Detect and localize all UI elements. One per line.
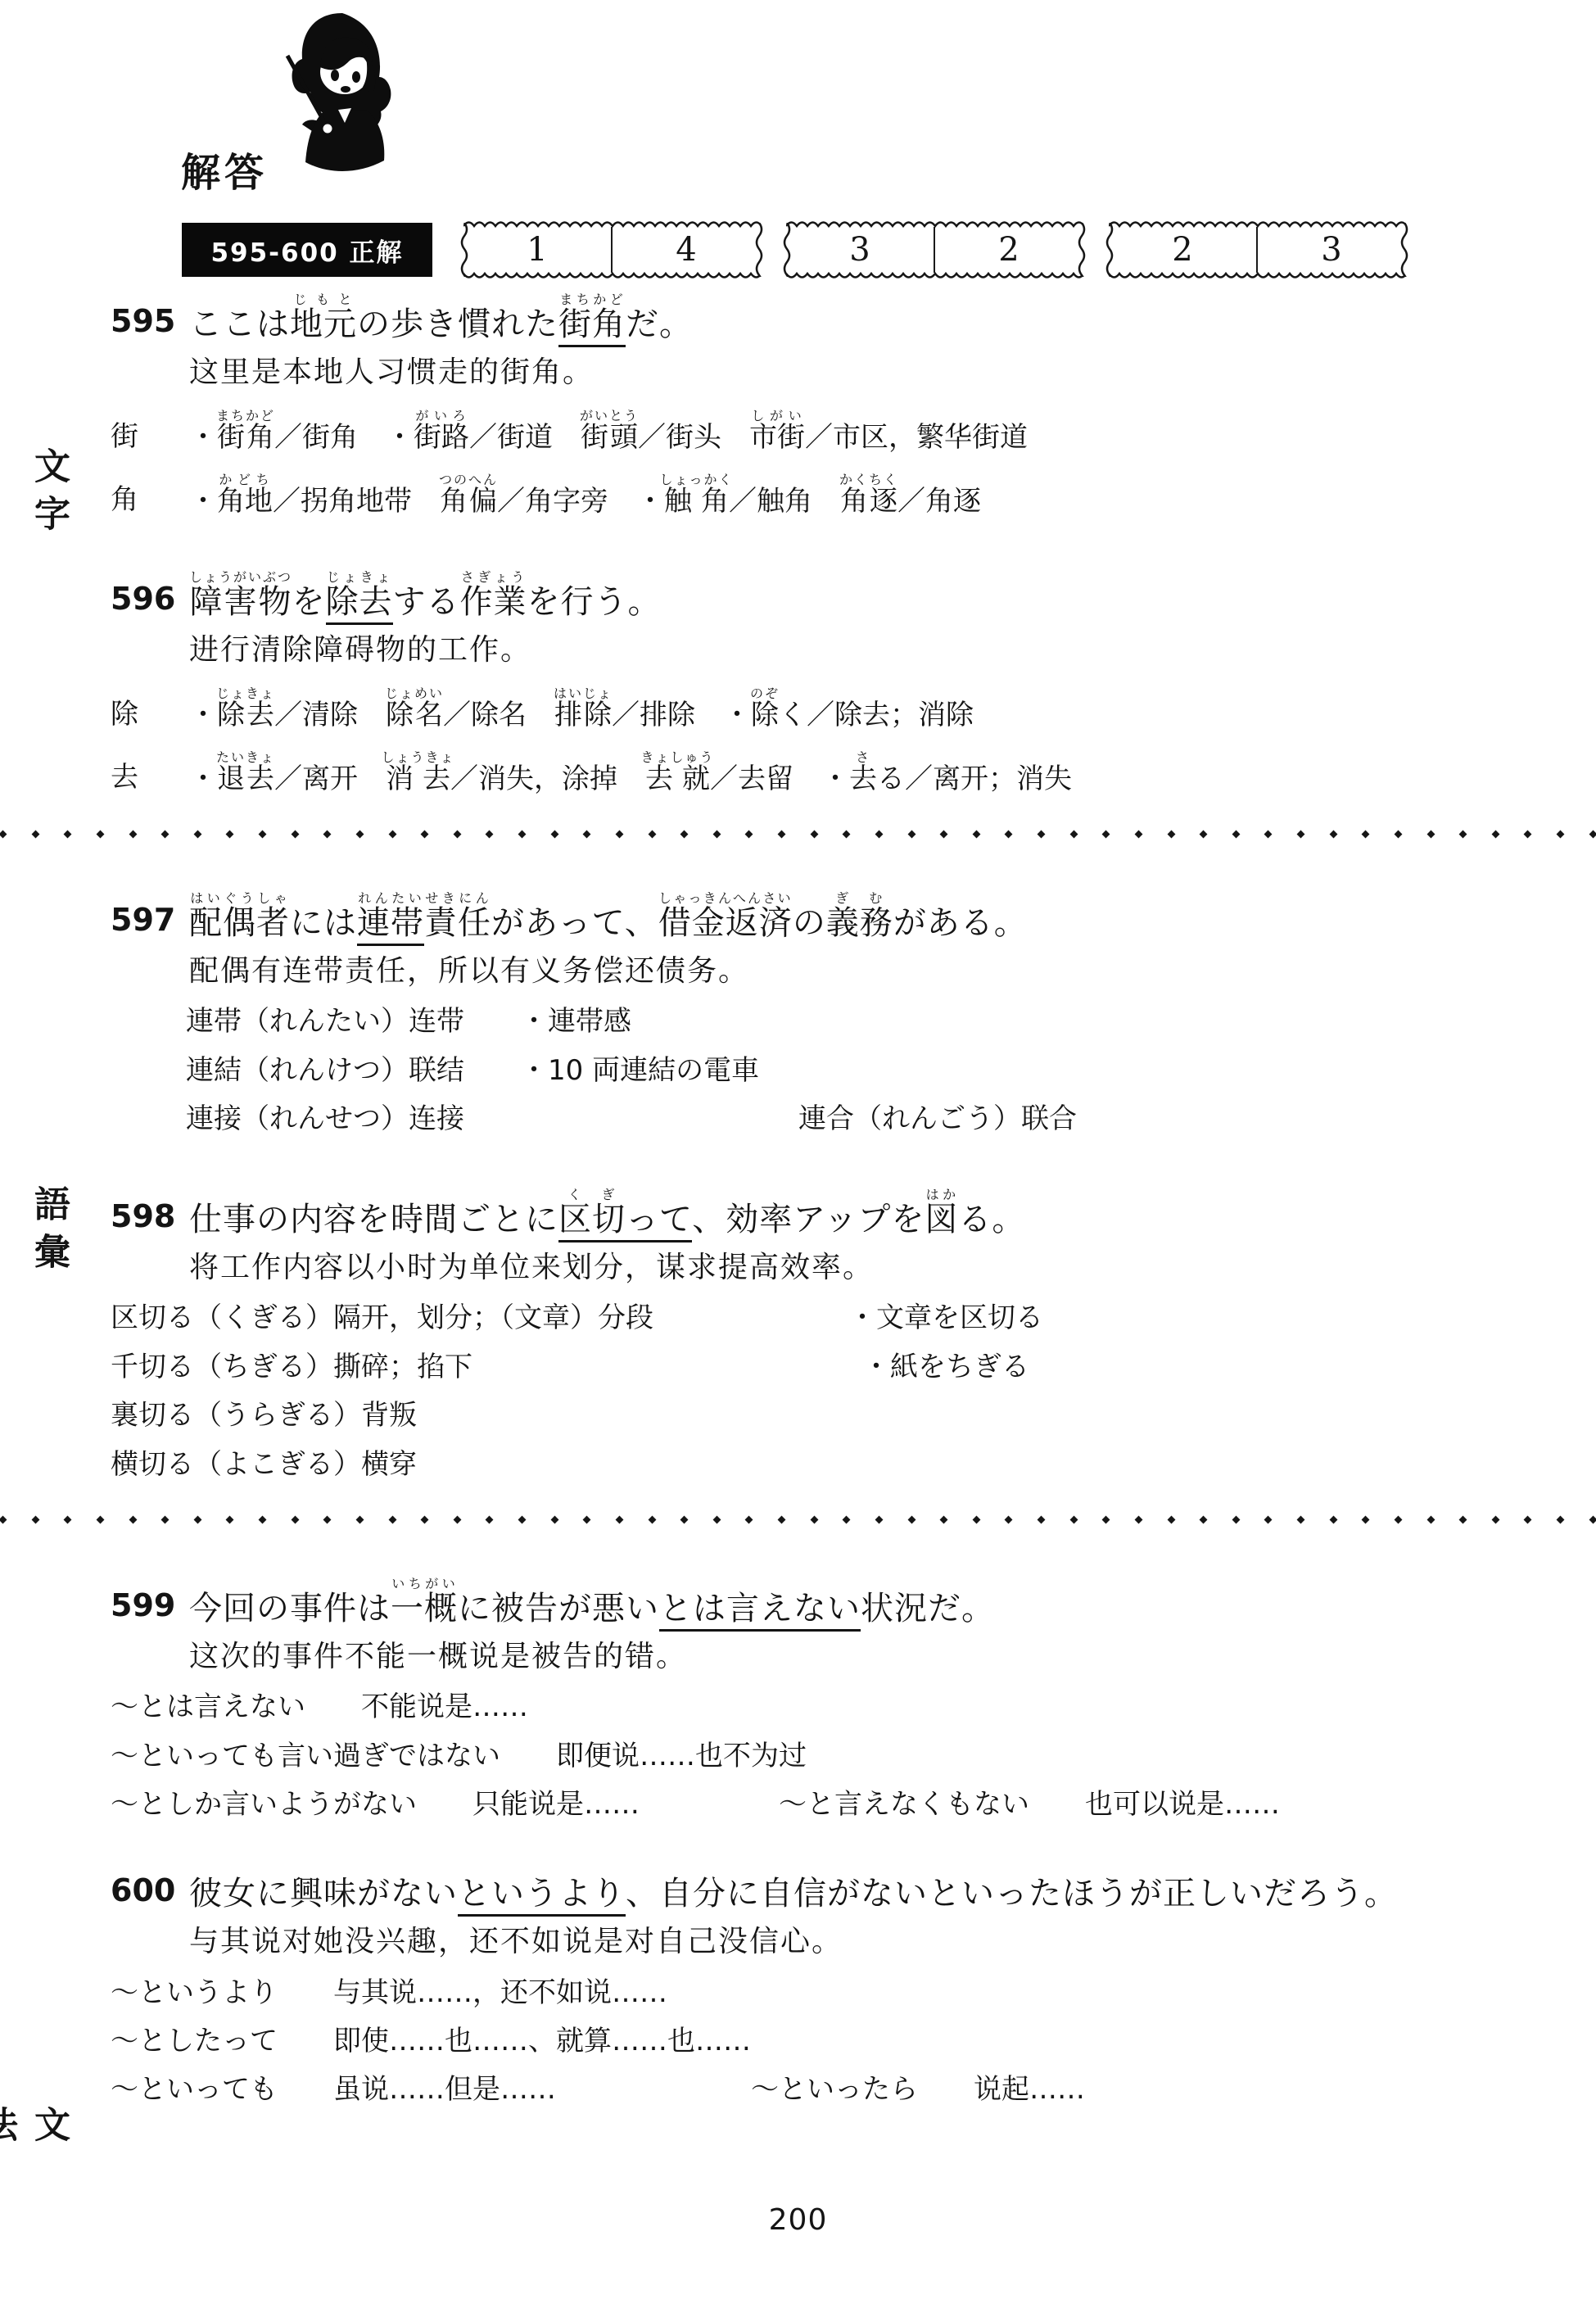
page-content: 解答 595-600 正解 143223 595ここは地元じもとの歩き慣れた街角… [0, 0, 1596, 2322]
divider-dot [323, 830, 332, 838]
divider-dot [1362, 1516, 1370, 1524]
divider-dot [1491, 830, 1499, 838]
question-number: 597 [111, 902, 189, 940]
section-596: 596障害物しょうがいぶつを除去じょきょする作業さぎょうを行う。进行清除障碍物的… [111, 569, 1547, 794]
text-run: 千切る（ちぎる）撕碎；掐下 ・紙をちぎる [111, 1351, 1029, 1383]
question-line: 597配偶者はいぐうしゃには連帯れんたい責任せきにんがあって、借金返済しゃっきん… [111, 890, 1547, 940]
teacher-girl-illustration [281, 8, 404, 180]
japanese-sentence: 今回の事件は一概いちがいに被告が悪いとは言えない状況だ。 [189, 1576, 995, 1626]
answer-value: 3 [786, 223, 934, 277]
page-header: 解答 [111, 0, 1547, 223]
text-run: する [393, 583, 460, 621]
divider-dot [1297, 830, 1305, 838]
question-number: 598 [111, 1198, 189, 1237]
section-group: 597配偶者はいぐうしゃには連帯れんたい責任せきにんがあって、借金返済しゃっきん… [111, 890, 1547, 1480]
ruby-word: 一概いちがい [391, 1590, 458, 1627]
divider-dot [1329, 1516, 1337, 1524]
answer-bar: 595-600 正解 143223 [182, 223, 1547, 277]
divider-dot [1038, 1516, 1046, 1524]
furigana: しゃっきんへんさい [658, 890, 793, 906]
sections-root: 595ここは地元じもとの歩き慣れた街角まちかどだ。这里是本地人习惯走的街角。街・… [111, 292, 1547, 2106]
answer-range-label: 595-600 正解 [182, 223, 432, 277]
text-run: 区切る（くぎる）隔开，划分；（文章）分段 ・文章を区切る [111, 1301, 1043, 1334]
divider-dot [64, 1516, 72, 1524]
question-number: 595 [111, 303, 189, 342]
divider-dot [355, 830, 364, 838]
vocab-row: 除・除去じょきょ／清除 除名じょめい／除名 排除はいじょ／排除 ・除のぞく／除去… [111, 686, 1547, 731]
vocab-text: 裏切る（うらぎる）背叛 [111, 1401, 417, 1431]
divider-dot [907, 830, 916, 838]
ruby-word: 去さ [849, 763, 877, 795]
furigana: がいとう [580, 408, 639, 423]
section-600: 600彼女に興味がないというより、自分に自信がないといったほうが正しいだろう。与… [111, 1872, 1547, 2105]
chinese-translation: 配偶有连带责任，所以有义务偿还债务。 [189, 953, 1547, 989]
text-run: ／街角 ・ [274, 421, 414, 454]
furigana: はいじょ [554, 686, 613, 701]
divider-dot [193, 1516, 201, 1524]
text-run: 〜とは言えない 不能说是…… [111, 1691, 528, 1723]
vocab-row: 街・街角まちかど／街角 ・街路がいろ／街道 街頭がいとう／街头 市街しがい／市区… [111, 408, 1547, 453]
text-run: 状況だ。 [861, 1590, 995, 1627]
vocab-head-kanji: 除 [111, 691, 189, 731]
ruby-word: 街頭がいとう [581, 421, 638, 454]
ruby-word: 退去たいきょ [217, 763, 274, 795]
vocab-rows: 街・街角まちかど／街角 ・街路がいろ／街道 街頭がいとう／街头 市街しがい／市区… [111, 408, 1547, 517]
vocab-head-kanji: 街 [111, 414, 189, 454]
vocab-text: ・街角まちかど／街角 ・街路がいろ／街道 街頭がいとう／街头 市街しがい／市区，… [189, 408, 1028, 453]
answer-box: 23 [1109, 223, 1405, 277]
text-run: ／排除 ・ [612, 699, 751, 731]
divider-dot [1005, 1516, 1013, 1524]
divider-dot [712, 1516, 721, 1524]
ruby-word: 除のぞ [751, 699, 779, 731]
text-run: がある。 [893, 904, 1028, 942]
vocab-row: 連接（れんせつ）连接 連合（れんごう）联合 [186, 1104, 1547, 1134]
divider-dot [421, 830, 429, 838]
text-run: を [292, 583, 326, 621]
vocab-row: 〜といっても 虽说……但是…… 〜といったら 说起…… [111, 2075, 1547, 2105]
answer-value: 3 [1258, 223, 1405, 277]
vocab-text: 〜としか言いようがない 只能说是…… 〜と言えなくもない 也可以说是…… [111, 1790, 1280, 1820]
text-run: る。 [958, 1201, 1025, 1238]
japanese-sentence: 仕事の内容を時間ごとに区切くぎって、効率アップを図はかる。 [189, 1187, 1025, 1237]
text-run: 裏切る（うらぎる）背叛 [111, 1399, 417, 1432]
text-run: ／角字旁 ・ [497, 485, 664, 518]
divider-dot [1459, 1516, 1467, 1524]
text-run: ・ [189, 485, 217, 518]
divider-dot [96, 830, 104, 838]
text-run: ・ [189, 421, 217, 454]
vocab-row: 〜としたって 即使……也……、就算……也…… [111, 2026, 1547, 2057]
text-run: ／角逐 [897, 485, 981, 518]
divider-dot [0, 830, 7, 838]
divider-dot [421, 1516, 429, 1524]
answer-value: 2 [935, 223, 1083, 277]
furigana: つのへん [439, 472, 498, 487]
divider-dot [1329, 830, 1337, 838]
chinese-translation: 将工作内容以小时为单位来划分，谋求提高效率。 [189, 1250, 1547, 1285]
ruby-word: 作業さぎょう [460, 583, 527, 621]
divider-dot [486, 830, 494, 838]
furigana: ぎむ [826, 890, 893, 906]
ruby-word: 街路がいろ [414, 421, 469, 454]
text-run: 今回の事件は [189, 1590, 391, 1627]
furigana: まちかど [216, 408, 275, 423]
divider-dot [1394, 1516, 1402, 1524]
side-tab-label: 文字 [25, 447, 75, 542]
question-line: 599今回の事件は一概いちがいに被告が悪いとは言えない状況だ。 [111, 1576, 1547, 1626]
vocab-row: 〜というより 与其说……，还不如说…… [111, 1978, 1547, 2008]
divider-dot [843, 830, 851, 838]
divider-dot [1167, 1516, 1175, 1524]
divider-dot [518, 1516, 527, 1524]
divider-dot [1232, 830, 1240, 838]
furigana: れんたい [357, 890, 424, 906]
divider-dot [1459, 830, 1467, 838]
question-line: 595ここは地元じもとの歩き慣れた街角まちかどだ。 [111, 292, 1547, 342]
divider-dot [1134, 830, 1142, 838]
text-run: 、自分に自信がないといったほうが正しいだろう。 [626, 1875, 1398, 1912]
furigana: さぎょう [460, 569, 527, 585]
furigana: のぞ [750, 686, 780, 701]
chinese-translation: 这次的事件不能一概说是被告的错。 [189, 1639, 1547, 1674]
answer-boxes: 143223 [432, 223, 1405, 277]
text-run: だ。 [626, 306, 693, 343]
vocab-rows: 区切る（くぎる）隔开，划分；（文章）分段 ・文章を区切る千切る（ちぎる）撕碎；掐… [111, 1303, 1547, 1480]
japanese-sentence: 彼女に興味がないというより、自分に自信がないといったほうが正しいだろう。 [189, 1876, 1398, 1911]
text-run: く／除去；消除 [779, 699, 974, 731]
divider-dot [1069, 1516, 1078, 1524]
divider-dot [31, 1516, 39, 1524]
text-run: 連帯（れんたい）连带 ・連帯感 [186, 1005, 631, 1038]
divider-dot [972, 1516, 980, 1524]
vocab-rows: 〜とは言えない 不能说是……〜といっても言い過ぎではない 即便说……也不为过〜と… [111, 1692, 1547, 1820]
text-run: 彼女に興味がない [189, 1875, 458, 1912]
vocab-row: 〜といっても言い過ぎではない 即便说……也不为过 [111, 1741, 1547, 1772]
text-run: ／街道 [469, 421, 581, 454]
text-run: ／触角 [729, 485, 840, 518]
text-run: ／拐角地带 [273, 485, 440, 518]
divider-dot [388, 830, 396, 838]
divider-dot [875, 830, 883, 838]
divider-dot [907, 1516, 916, 1524]
vocab-row: 連結（れんけつ）联结 ・10 両連結の電車 [186, 1056, 1547, 1086]
ruby-word: 角逐かくちく [840, 485, 897, 518]
divider-dot [1426, 830, 1435, 838]
text-run: に被告が悪い [458, 1590, 659, 1627]
divider-dot [745, 830, 753, 838]
divider-dot [1167, 830, 1175, 838]
divider-dot [1524, 830, 1532, 838]
divider-dot [486, 1516, 494, 1524]
divider-dot [1589, 830, 1596, 838]
divider-dot [161, 830, 170, 838]
section-598: 598仕事の内容を時間ごとに区切くぎって、効率アップを図はかる。将工作内容以小时… [111, 1187, 1547, 1480]
divider-dot [550, 830, 558, 838]
vocab-text: 〜とは言えない 不能说是…… [111, 1692, 528, 1722]
vocab-text: 〜としたって 即使……也……、就算……也…… [111, 2026, 751, 2057]
divider-dot [518, 830, 527, 838]
divider-dot [972, 830, 980, 838]
furigana: はか [925, 1187, 958, 1202]
divider-dot [940, 830, 948, 838]
ruby-word: 借金返済しゃっきんへんさい [658, 904, 793, 942]
ruby-word: 街角まちかど [558, 306, 626, 347]
ruby-word: 排除はいじょ [554, 699, 612, 731]
ruby-word: 障害物しょうがいぶつ [189, 583, 292, 621]
text-run: というより [458, 1875, 626, 1917]
ruby-word: 触角しょっかく [664, 485, 729, 518]
divider-dot [1102, 1516, 1110, 1524]
ruby-word: 去就きょしゅう [645, 763, 710, 795]
ruby-word: 連帯れんたい [357, 904, 424, 946]
divider-dot [615, 830, 623, 838]
answer-box: 14 [463, 223, 760, 277]
section-599: 599今回の事件は一概いちがいに被告が悪いとは言えない状況だ。这次的事件不能一概… [111, 1576, 1547, 1820]
question-line: 600彼女に興味がないというより、自分に自信がないといったほうが正しいだろう。 [111, 1872, 1547, 1911]
divider-dot [161, 1516, 170, 1524]
text-run: ・ [189, 763, 217, 795]
divider-dot [453, 1516, 461, 1524]
divider-dot [1426, 1516, 1435, 1524]
divider-dot [583, 1516, 591, 1524]
text-run: があって、 [491, 904, 658, 942]
vocab-row: 〜とは言えない 不能说是…… [111, 1692, 1547, 1722]
divider-dot [712, 830, 721, 838]
section-group: 595ここは地元じもとの歩き慣れた街角まちかどだ。这里是本地人习惯走的街角。街・… [111, 292, 1547, 794]
divider-dot [745, 1516, 753, 1524]
vocab-text: 横切る（よこぎる）横穿 [111, 1450, 417, 1480]
divider-dot [31, 830, 39, 838]
text-run: ／市区，繁华街道 [805, 421, 1028, 454]
text-run: の [793, 904, 826, 942]
divider-dot [648, 830, 656, 838]
divider-dot [1232, 1516, 1240, 1524]
section-group: 599今回の事件は一概いちがいに被告が悪いとは言えない状況だ。这次的事件不能一概… [111, 1576, 1547, 2106]
book-page: 解答 595-600 正解 143223 595ここは地元じもとの歩き慣れた街角… [0, 0, 1596, 2322]
divider-dot [1038, 830, 1046, 838]
divider-dot [291, 830, 299, 838]
divider-dot [1134, 1516, 1142, 1524]
ruby-word: 地元じもと [290, 306, 357, 343]
text-run: ・ [189, 699, 217, 731]
text-run: を行う。 [527, 583, 662, 621]
furigana: いちがい [391, 1576, 458, 1591]
furigana: たいきょ [216, 749, 275, 765]
divider-dot [453, 830, 461, 838]
divider-dot [583, 830, 591, 838]
furigana: じもと [290, 292, 357, 307]
answer-value: 1 [463, 223, 611, 277]
ruby-word: 配偶者はいぐうしゃ [189, 904, 290, 942]
furigana: じょめい [385, 686, 444, 701]
furigana: しがい [749, 408, 805, 423]
ruby-word: 図はか [925, 1201, 958, 1238]
text-run: とは言えない [659, 1590, 861, 1632]
furigana: しょうがいぶつ [189, 569, 292, 585]
divider-dot [129, 830, 137, 838]
divider-dot [1297, 1516, 1305, 1524]
vocab-row: 裏切る（うらぎる）背叛 [111, 1401, 1547, 1431]
vocab-text: 〜といっても言い過ぎではない 即便说……也不为过 [111, 1741, 807, 1772]
question-number: 596 [111, 581, 189, 619]
divider-dot [1557, 830, 1565, 838]
vocab-text: ・角地かどち／拐角地带 角偏つのへん／角字旁 ・触角しょっかく／触角 角逐かくち… [189, 472, 981, 517]
text-run: 仕事の内容を時間ごとに [189, 1201, 558, 1238]
divider-dot [0, 1516, 7, 1524]
page-title: 解答 [181, 141, 268, 197]
furigana: きょしゅう [641, 749, 715, 765]
divider-dot [810, 1516, 818, 1524]
ruby-word: 市街しがい [749, 421, 805, 454]
furigana: せきにん [424, 890, 491, 906]
vocab-text: 〜といっても 虽说……但是…… 〜といったら 说起…… [111, 2075, 1085, 2105]
ruby-word: 義務ぎむ [826, 904, 893, 942]
vocab-text: 連結（れんけつ）联结 ・10 両連結の電車 [186, 1056, 759, 1086]
divider-dot [1200, 1516, 1208, 1524]
furigana: まちかど [558, 292, 626, 307]
dotted-divider [0, 831, 1596, 838]
divider-dot [940, 1516, 948, 1524]
divider-dot [1264, 1516, 1273, 1524]
text-run: 〜というより 与其说……，还不如说…… [111, 1976, 667, 2009]
text-run: ／清除 [274, 699, 386, 731]
text-run: 〜といっても言い過ぎではない 即便说……也不为过 [111, 1740, 807, 1772]
divider-dot [1557, 1516, 1565, 1524]
vocab-rows: 除・除去じょきょ／清除 除名じょめい／除名 排除はいじょ／排除 ・除のぞく／除去… [111, 686, 1547, 794]
section-597: 597配偶者はいぐうしゃには連帯れんたい責任せきにんがあって、借金返済しゃっきん… [111, 890, 1547, 1134]
section-595: 595ここは地元じもとの歩き慣れた街角まちかどだ。这里是本地人习惯走的街角。街・… [111, 292, 1547, 517]
divider-dot [226, 1516, 234, 1524]
text-run: ／除名 [443, 699, 554, 731]
divider-dot [388, 1516, 396, 1524]
text-run: 連接（れんせつ）连接 連合（れんごう）联合 [186, 1102, 1077, 1135]
divider-dot [1524, 1516, 1532, 1524]
text-run: ／街头 [638, 421, 749, 454]
japanese-sentence: 配偶者はいぐうしゃには連帯れんたい責任せきにんがあって、借金返済しゃっきんへんさ… [189, 890, 1028, 940]
text-run: ／消失，涂掉 [450, 763, 645, 795]
divider-dot [259, 830, 267, 838]
vocab-head-kanji: 去 [111, 754, 189, 794]
divider-dot [1394, 830, 1402, 838]
divider-dot [323, 1516, 332, 1524]
chinese-translation: 进行清除障碍物的工作。 [189, 632, 1547, 668]
text-run: ／离开 [274, 763, 386, 795]
divider-dot [1264, 830, 1273, 838]
vocab-text: 千切る（ちぎる）撕碎；掐下 ・紙をちぎる [111, 1352, 1029, 1383]
vocab-row: 連帯（れんたい）连带 ・連帯感 [186, 1007, 1547, 1037]
divider-dot [193, 830, 201, 838]
divider-dot [226, 830, 234, 838]
vocab-row: 区切る（くぎる）隔开，划分；（文章）分段 ・文章を区切る [111, 1303, 1547, 1333]
divider-dot [96, 1516, 104, 1524]
furigana: しょっかく [660, 472, 734, 487]
furigana: さ [849, 749, 877, 765]
vocab-text: 区切る（くぎる）隔开，划分；（文章）分段 ・文章を区切る [111, 1303, 1043, 1333]
answer-box: 32 [786, 223, 1083, 277]
vocab-row: 〜としか言いようがない 只能说是…… 〜と言えなくもない 也可以说是…… [111, 1790, 1547, 1820]
divider-dot [778, 1516, 786, 1524]
vocab-row: 去・退去たいきょ／离开 消去しょうきょ／消失，涂掉 去就きょしゅう／去留 ・去さ… [111, 749, 1547, 794]
vocab-text: 連帯（れんたい）连带 ・連帯感 [186, 1007, 631, 1037]
question-number: 600 [111, 1872, 189, 1911]
divider-dot [1200, 830, 1208, 838]
question-number: 599 [111, 1587, 189, 1626]
vocab-head-kanji: 角 [111, 477, 189, 517]
text-run: る／离开；消失 [877, 763, 1072, 795]
ruby-word: 消去しょうきょ [386, 763, 450, 795]
divider-dot [355, 1516, 364, 1524]
vocab-row: 横切る（よこぎる）横穿 [111, 1450, 1547, 1480]
divider-dot [291, 1516, 299, 1524]
divider-dot [1589, 1516, 1596, 1524]
divider-dot [615, 1516, 623, 1524]
furigana: かどち [217, 472, 273, 487]
question-line: 596障害物しょうがいぶつを除去じょきょする作業さぎょうを行う。 [111, 569, 1547, 619]
answer-value: 2 [1109, 223, 1256, 277]
ruby-word: 除去じょきょ [217, 699, 274, 731]
divider-dot [1102, 830, 1110, 838]
text-run: 〜としたって 即使……也……、就算……也…… [111, 2025, 751, 2057]
divider-dot [550, 1516, 558, 1524]
vocab-row: 角・角地かどち／拐角地带 角偏つのへん／角字旁 ・触角しょっかく／触角 角逐かく… [111, 472, 1547, 517]
vocab-text: 〜というより 与其说……，还不如说…… [111, 1978, 667, 2008]
furigana: じょきょ [326, 569, 393, 585]
divider-dot [1491, 1516, 1499, 1524]
vocab-text: ・除去じょきょ／清除 除名じょめい／除名 排除はいじょ／排除 ・除のぞく／除去；… [189, 686, 974, 731]
text-run: ／去留 ・ [710, 763, 849, 795]
vocab-rows: 〜というより 与其说……，还不如说……〜としたって 即使……也……、就算……也…… [111, 1978, 1547, 2106]
text-run: 〜といっても 虽说……但是…… 〜といったら 说起…… [111, 2073, 1085, 2106]
furigana: じょきょ [216, 686, 275, 701]
text-run: 〜としか言いようがない 只能说是…… 〜と言えなくもない 也可以说是…… [111, 1788, 1280, 1821]
side-tab-label: 文法 [25, 2106, 75, 2153]
chinese-translation: 这里是本地人习惯走的街角。 [189, 355, 1547, 390]
chinese-translation: 与其说对她没兴趣，还不如说是对自己没信心。 [189, 1924, 1547, 1959]
ruby-word: 角偏つのへん [440, 485, 497, 518]
vocab-text: ・退去たいきょ／离开 消去しょうきょ／消失，涂掉 去就きょしゅう／去留 ・去さる… [189, 749, 1072, 794]
divider-dot [680, 1516, 689, 1524]
text-run: 連結（れんけつ）联结 ・10 両連結の電車 [186, 1054, 759, 1087]
answer-value: 4 [613, 223, 760, 277]
japanese-sentence: ここは地元じもとの歩き慣れた街角まちかどだ。 [189, 292, 693, 342]
divider-dot [64, 830, 72, 838]
divider-dot [778, 830, 786, 838]
divider-dot [1362, 830, 1370, 838]
divider-dot [680, 830, 689, 838]
ruby-word: 角地かどち [217, 485, 273, 518]
text-run: には [290, 904, 357, 942]
furigana: かくちく [839, 472, 898, 487]
vocab-row: 千切る（ちぎる）撕碎；掐下 ・紙をちぎる [111, 1352, 1547, 1383]
divider-dot [648, 1516, 656, 1524]
divider-dot [259, 1516, 267, 1524]
divider-dot [875, 1516, 883, 1524]
japanese-sentence: 障害物しょうがいぶつを除去じょきょする作業さぎょうを行う。 [189, 569, 662, 619]
furigana: くぎ [558, 1187, 626, 1202]
divider-dot [843, 1516, 851, 1524]
vocab-text: 連接（れんせつ）连接 連合（れんごう）联合 [186, 1104, 1077, 1134]
side-tab-label: 語彙 [25, 1185, 75, 1280]
divider-dot [1005, 830, 1013, 838]
question-line: 598仕事の内容を時間ごとに区切くぎって、効率アップを図はかる。 [111, 1187, 1547, 1237]
ruby-word: 除去じょきょ [326, 583, 393, 625]
furigana: しょうきょ [382, 749, 455, 765]
furigana: はいぐうしゃ [189, 890, 290, 906]
divider-dot [129, 1516, 137, 1524]
text-run: 横切る（よこぎる）横穿 [111, 1448, 417, 1481]
text-run: 、効率アップを [692, 1201, 925, 1238]
